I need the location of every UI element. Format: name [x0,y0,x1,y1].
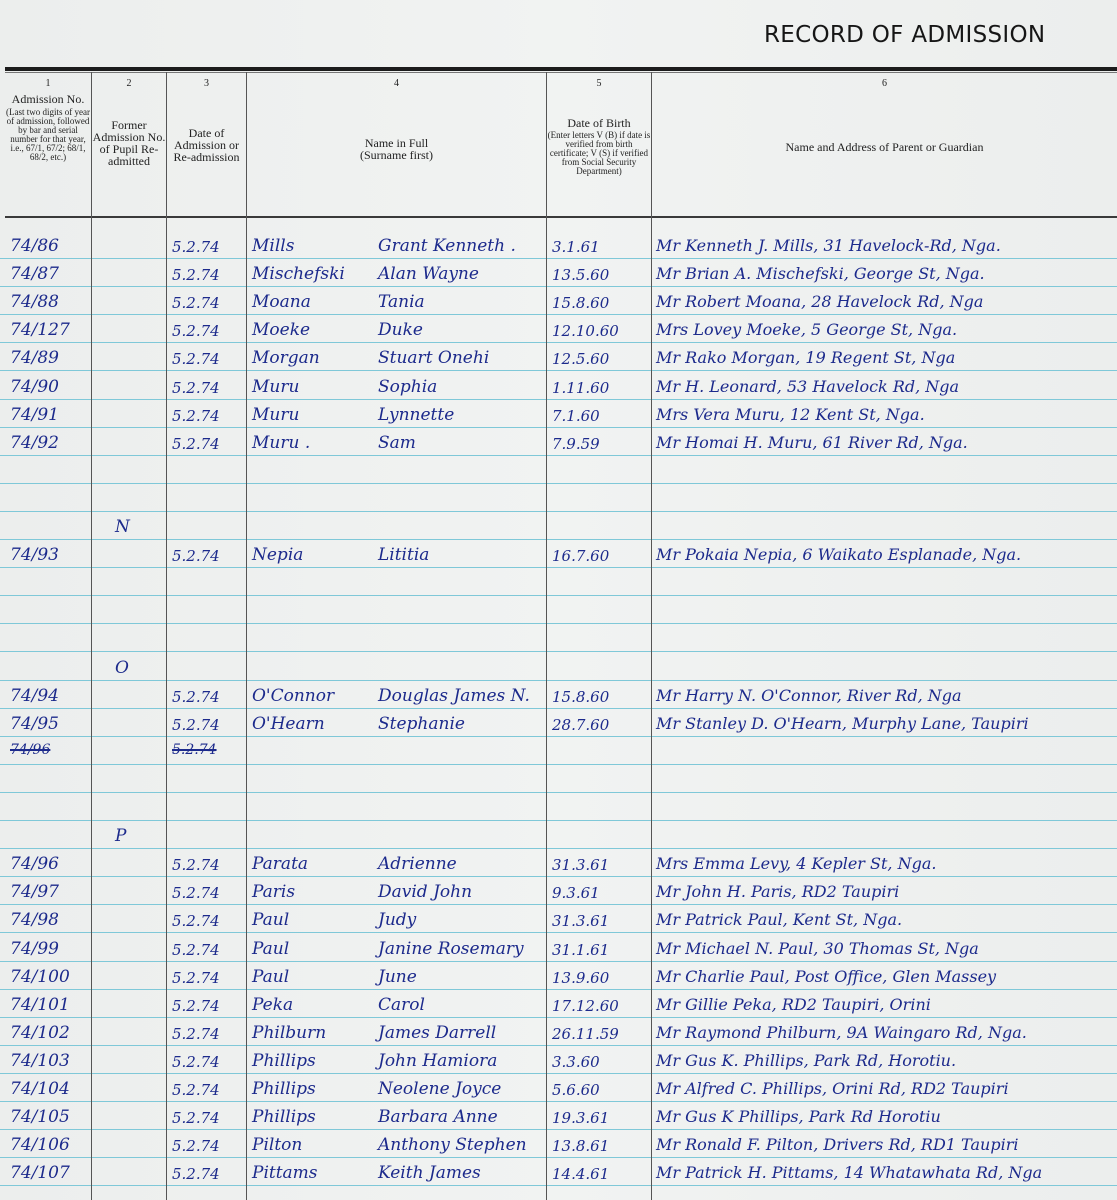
date-of-birth: 3.3.60 [552,1053,600,1071]
struck-admission-no: 74/96 [10,742,50,758]
admission-no: 74/93 [10,545,59,565]
parent-guardian: Mr Stanley D. O'Hearn, Murphy Lane, Taup… [656,714,1029,733]
given-names: Sophia [378,377,437,397]
given-names: Adrienne [378,854,457,874]
admission-no: 74/89 [10,348,59,368]
admission-no: 74/90 [10,377,59,397]
ruled-line [0,1185,1117,1186]
date-of-admission: 5.2.74 [172,294,220,312]
parent-guardian: Mr John H. Paris, RD2 Taupiri [656,882,899,901]
given-names: Lynnette [378,405,454,425]
ruled-line [0,399,1117,400]
date-of-birth: 26.11.59 [552,1025,619,1043]
admission-no: 74/88 [10,292,59,312]
date-of-admission: 5.2.74 [172,969,220,987]
ruled-line [0,651,1117,652]
admission-no: 74/87 [10,264,59,284]
surname: Nepia [252,545,303,565]
given-names: James Darrell [378,1023,496,1043]
date-of-admission: 5.2.74 [172,1165,220,1183]
surname: Muru . [252,433,310,453]
surname: Paris [252,882,295,902]
parent-guardian: Mr Kenneth J. Mills, 31 Havelock-Rd, Nga… [656,236,1001,255]
parent-guardian: Mr Charlie Paul, Post Office, Glen Masse… [656,967,996,986]
surname: Paul [252,939,289,959]
date-of-admission: 5.2.74 [172,266,220,284]
ruled-line [0,483,1117,484]
date-of-birth: 15.8.60 [552,688,609,706]
surname: Mischefski [252,264,345,284]
ruled-line [0,427,1117,428]
date-of-admission: 5.2.74 [172,379,220,397]
date-of-admission: 5.2.74 [172,716,220,734]
column-divider [166,72,167,1200]
date-of-birth: 14.4.61 [552,1165,609,1183]
parent-guardian: Mr Gus K Phillips, Park Rd Horotiu [656,1107,941,1126]
parent-guardian: Mr Michael N. Paul, 30 Thomas St, Nga [656,939,979,958]
surname: Philburn [252,1023,326,1043]
given-names: David John [378,882,472,902]
page-title: RECORD OF ADMISSION [764,22,1045,48]
column-divider [546,72,547,1200]
surname: Peka [252,995,293,1015]
ruled-line [0,342,1117,343]
date-of-birth: 13.9.60 [552,969,609,987]
parent-guardian: Mr Rako Morgan, 19 Regent St, Nga [656,348,955,367]
date-of-birth: 13.8.61 [552,1137,609,1155]
date-of-birth: 1.11.60 [552,379,609,397]
date-of-admission: 5.2.74 [172,1025,220,1043]
date-of-admission: 5.2.74 [172,912,220,930]
column-divider [246,72,247,1200]
parent-guardian: Mr Homai H. Muru, 61 River Rd, Nga. [656,433,968,452]
parent-guardian: Mrs Vera Muru, 12 Kent St, Nga. [656,405,925,424]
given-names: Duke [378,320,423,340]
surname: Phillips [252,1051,316,1071]
given-names: Douglas James N. [378,686,530,706]
section-letter: P [115,826,126,846]
given-names: Sam [378,433,416,453]
ruled-line [0,511,1117,512]
parent-guardian: Mr Alfred C. Phillips, Orini Rd, RD2 Tau… [656,1079,1009,1098]
surname: Paul [252,967,289,987]
given-names: Anthony Stephen [378,1135,527,1155]
date-of-admission: 5.2.74 [172,238,220,256]
ruled-line [0,961,1117,962]
ruled-line [0,1101,1117,1102]
date-of-admission: 5.2.74 [172,322,220,340]
parent-guardian: Mr Patrick Paul, Kent St, Nga. [656,910,902,929]
surname: Paul [252,910,289,930]
date-of-admission: 5.2.74 [172,997,220,1015]
ruled-line [0,932,1117,933]
date-of-birth: 31.1.61 [552,941,609,959]
column-divider [91,72,92,1200]
date-of-birth: 5.6.60 [552,1081,600,1099]
admission-no: 74/96 [10,854,59,874]
column-header-admission-no: 1 Admission No. (Last two digits of year… [5,74,91,214]
ruled-line [0,876,1117,877]
admission-no: 74/97 [10,882,59,902]
admission-no: 74/102 [10,1023,70,1043]
column-header-parent-guardian: 6 Name and Address of Parent or Guardian [652,74,1117,214]
given-names: Lititia [378,545,429,565]
surname: Pittams [252,1163,318,1183]
admission-no: 74/105 [10,1107,70,1127]
ruled-line [0,792,1117,793]
admission-no: 74/86 [10,236,59,256]
date-of-admission: 5.2.74 [172,688,220,706]
ruled-line [0,848,1117,849]
column-header-date-of-admission: 3 Date of Admission or Re-admission [167,74,246,214]
date-of-birth: 9.3.61 [552,884,600,902]
admission-no: 74/106 [10,1135,70,1155]
date-of-birth: 3.1.61 [552,238,600,256]
ruled-line [0,1129,1117,1130]
date-of-admission: 5.2.74 [172,1081,220,1099]
date-of-admission: 5.2.74 [172,407,220,425]
surname: Parata [252,854,308,874]
header-bottom-rule [5,216,1117,218]
date-of-admission: 5.2.74 [172,1109,220,1127]
given-names: Grant Kenneth . [378,236,516,256]
parent-guardian: Mr Brian A. Mischefski, George St, Nga. [656,264,985,283]
given-names: June [378,967,417,987]
surname: Mills [252,236,294,256]
date-of-birth: 31.3.61 [552,856,609,874]
ruled-line [0,904,1117,905]
admission-no: 74/92 [10,433,59,453]
date-of-birth: 13.5.60 [552,266,609,284]
ruled-line [0,539,1117,540]
surname: Pilton [252,1135,302,1155]
column-divider [651,72,652,1200]
date-of-birth: 28.7.60 [552,716,609,734]
date-of-admission: 5.2.74 [172,856,220,874]
date-of-admission: 5.2.74 [172,1137,220,1155]
parent-guardian: Mrs Lovey Moeke, 5 George St, Nga. [656,320,957,339]
date-of-birth: 15.8.60 [552,294,609,312]
given-names: Carol [378,995,425,1015]
column-header-former-admission: 2 Former Admission No. of Pupil Re-admit… [92,74,166,214]
ledger-page: RECORD OF ADMISSION 1 Admission No. (Las… [0,0,1117,1200]
struck-date: 5.2.74 [172,742,217,758]
parent-guardian: Mr Ronald F. Pilton, Drivers Rd, RD1 Tau… [656,1135,1018,1154]
date-of-birth: 12.10.60 [552,322,619,340]
date-of-birth: 12.5.60 [552,350,609,368]
admission-no: 74/91 [10,405,59,425]
date-of-admission: 5.2.74 [172,435,220,453]
admission-no: 74/104 [10,1079,70,1099]
surname: O'Hearn [252,714,325,734]
admission-no: 74/127 [10,320,70,340]
admission-no: 74/103 [10,1051,70,1071]
section-letter: N [115,517,130,537]
header-top-rule [5,67,1117,71]
ruled-line [0,595,1117,596]
given-names: John Hamiora [378,1051,497,1071]
admission-no: 74/107 [10,1163,70,1183]
given-names: Alan Wayne [378,264,479,284]
admission-no: 74/101 [10,995,70,1015]
given-names: Neolene Joyce [378,1079,501,1099]
parent-guardian: Mr Pokaia Nepia, 6 Waikato Esplanade, Ng… [656,545,1021,564]
column-header-name-in-full: 4 Name in Full (Surname first) [247,74,546,214]
ruled-line [0,989,1117,990]
parent-guardian: Mr Raymond Philburn, 9A Waingaro Rd, Nga… [656,1023,1027,1042]
ruled-line [0,1157,1117,1158]
ruled-line [0,286,1117,287]
surname: Muru [252,405,299,425]
ruled-line [0,1045,1117,1046]
surname: Phillips [252,1079,316,1099]
admission-no: 74/95 [10,714,59,734]
ruled-line [0,258,1117,259]
given-names: Keith James [378,1163,481,1183]
ruled-line [0,567,1117,568]
admission-no: 74/100 [10,967,70,987]
ruled-line [0,314,1117,315]
parent-guardian: Mr Robert Moana, 28 Havelock Rd, Nga [656,292,983,311]
section-letter: O [115,658,129,678]
ruled-line [0,708,1117,709]
header-top-rule-thin [5,72,1117,73]
given-names: Tania [378,292,425,312]
parent-guardian: Mr H. Leonard, 53 Havelock Rd, Nga [656,377,959,396]
ruled-line [0,820,1117,821]
date-of-admission: 5.2.74 [172,941,220,959]
surname: O'Connor [252,686,334,706]
ruled-line [0,680,1117,681]
surname: Moana [252,292,311,312]
date-of-birth: 19.3.61 [552,1109,609,1127]
date-of-admission: 5.2.74 [172,884,220,902]
date-of-birth: 17.12.60 [552,997,619,1015]
parent-guardian: Mr Patrick H. Pittams, 14 Whatawhata Rd,… [656,1163,1042,1182]
parent-guardian: Mr Gillie Peka, RD2 Taupiri, Orini [656,995,931,1014]
date-of-admission: 5.2.74 [172,547,220,565]
parent-guardian: Mrs Emma Levy, 4 Kepler St, Nga. [656,854,936,873]
ruled-line [0,1073,1117,1074]
surname: Morgan [252,348,320,368]
ruled-line [0,370,1117,371]
surname: Moeke [252,320,310,340]
ruled-line [0,1017,1117,1018]
admission-no: 74/99 [10,939,59,959]
date-of-admission: 5.2.74 [172,350,220,368]
given-names: Stephanie [378,714,465,734]
ruled-line [0,764,1117,765]
given-names: Barbara Anne [378,1107,498,1127]
ruled-line [0,623,1117,624]
date-of-admission: 5.2.74 [172,1053,220,1071]
given-names: Janine Rosemary [378,939,524,959]
date-of-birth: 31.3.61 [552,912,609,930]
ruled-line [0,455,1117,456]
parent-guardian: Mr Harry N. O'Connor, River Rd, Nga [656,686,962,705]
surname: Phillips [252,1107,316,1127]
admission-no: 74/98 [10,910,59,930]
date-of-birth: 7.9.59 [552,435,600,453]
parent-guardian: Mr Gus K. Phillips, Park Rd, Horotiu. [656,1051,956,1070]
admission-no: 74/94 [10,686,59,706]
column-header-date-of-birth: 5 Date of Birth (Enter letters V (B) if … [547,74,651,214]
date-of-birth: 7.1.60 [552,407,600,425]
surname: Muru [252,377,299,397]
ruled-line [0,736,1117,737]
given-names: Judy [378,910,416,930]
given-names: Stuart Onehi [378,348,489,368]
date-of-birth: 16.7.60 [552,547,609,565]
